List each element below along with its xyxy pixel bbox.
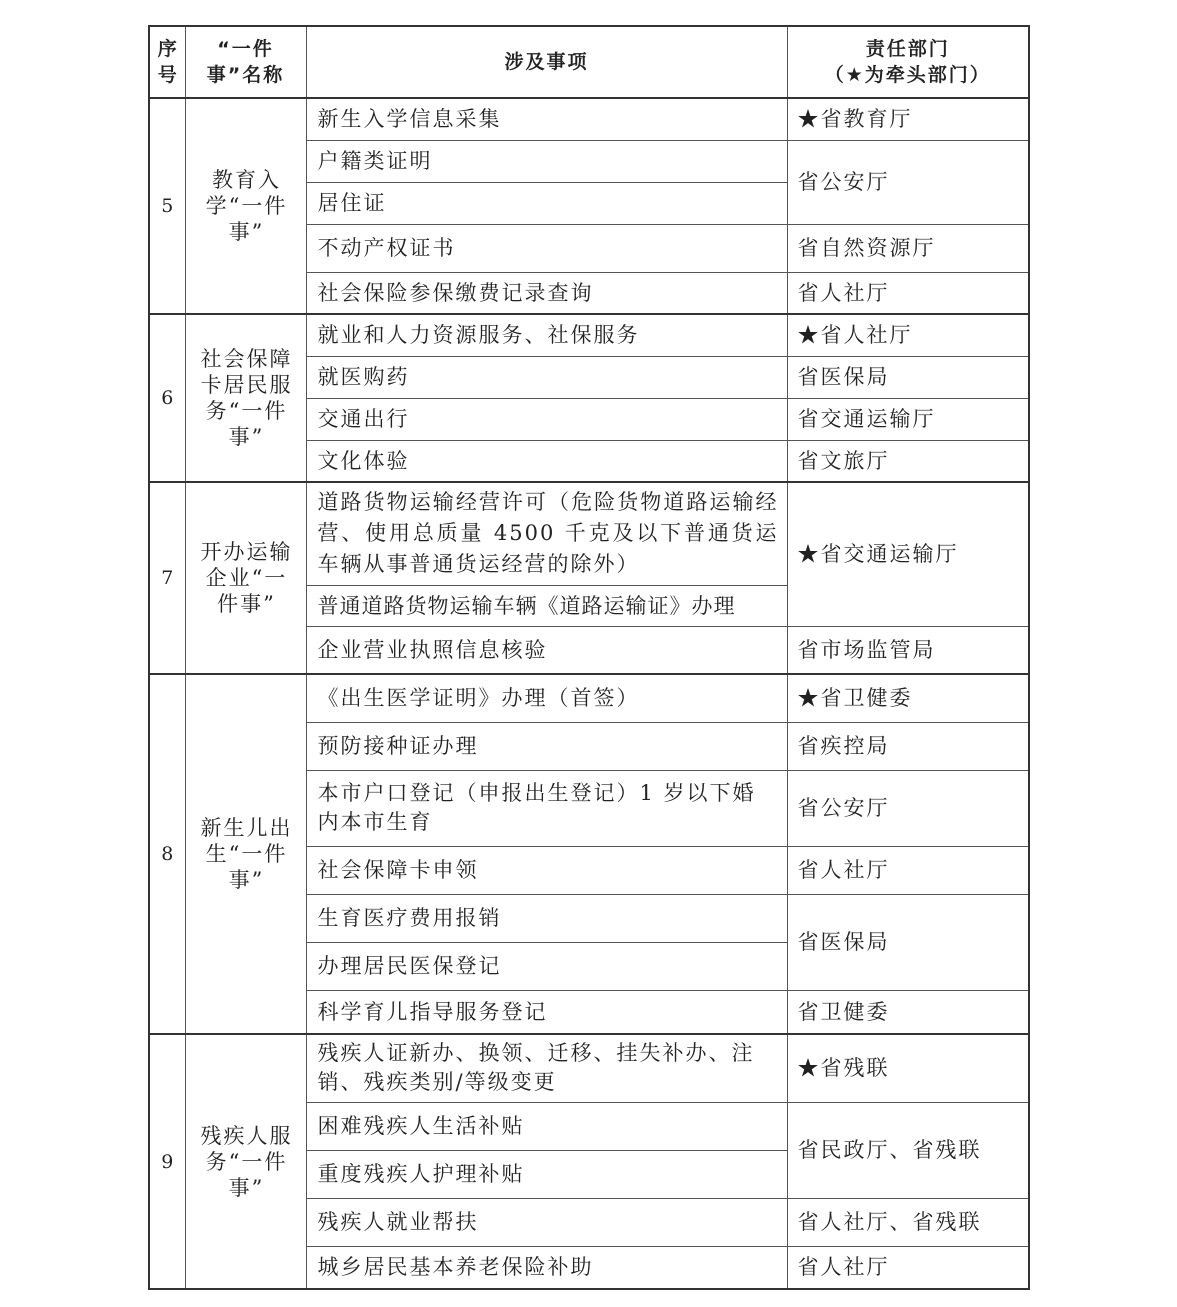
dept-cell: 省人社厅 <box>787 846 1029 894</box>
item-cell: 社会保障卡申领 <box>306 846 787 894</box>
table-row: 6 社会保障卡居民服务“一件事” 就业和人力资源服务、社保服务 ★省人社厅 <box>149 314 1029 356</box>
group-seq: 5 <box>149 98 185 314</box>
item-cell: 普通道路货物运输车辆《道路运输证》办理 <box>306 585 787 626</box>
header-dept-line2: （★为牵头部门） <box>788 62 1029 88</box>
item-cell: 交通出行 <box>306 398 787 440</box>
dept-cell: 省自然资源厅 <box>787 224 1029 272</box>
dept-cell: 省文旅厅 <box>787 440 1029 482</box>
dept-cell: 省疾控局 <box>787 722 1029 770</box>
table-row: 8 新生儿出生“一件事” 《出生医学证明》办理（首签） ★省卫健委 <box>149 674 1029 722</box>
item-cell: 本市户口登记（申报出生登记）1 岁以下婚内本市生育 <box>306 770 787 846</box>
item-cell: 困难残疾人生活补贴 <box>306 1102 787 1150</box>
group-name: 社会保障卡居民服务“一件事” <box>185 314 306 482</box>
item-cell: 新生入学信息采集 <box>306 98 787 140</box>
item-cell: 《出生医学证明》办理（首签） <box>306 674 787 722</box>
item-cell: 就医购药 <box>306 356 787 398</box>
table-row: 9 残疾人服务“一件事” 残疾人证新办、换领、迁移、挂失补办、注销、残疾类别/等… <box>149 1034 1029 1102</box>
group-name: 开办运输企业“一件事” <box>185 482 306 674</box>
header-row: 序号 “一件事”名称 涉及事项 责任部门 （★为牵头部门） <box>149 26 1029 98</box>
item-cell: 预防接种证办理 <box>306 722 787 770</box>
group-seq: 8 <box>149 674 185 1034</box>
dept-cell: 省公安厅 <box>787 140 1029 224</box>
item-cell: 户籍类证明 <box>306 140 787 182</box>
table-row: 7 开办运输企业“一件事” 道路货物运输经营许可（危险货物道路运输经营、使用总质… <box>149 482 1029 585</box>
header-dept-line1: 责任部门 <box>788 36 1029 62</box>
header-dept: 责任部门 （★为牵头部门） <box>787 26 1029 98</box>
dept-cell: ★省人社厅 <box>787 314 1029 356</box>
table-row: 5 教育入学“一件事” 新生入学信息采集 ★省教育厅 <box>149 98 1029 140</box>
header-items: 涉及事项 <box>306 26 787 98</box>
item-cell: 生育医疗费用报销 <box>306 894 787 942</box>
item-cell: 残疾人就业帮扶 <box>306 1198 787 1246</box>
dept-cell: 省人社厅 <box>787 1246 1029 1289</box>
group-seq: 6 <box>149 314 185 482</box>
item-cell: 就业和人力资源服务、社保服务 <box>306 314 787 356</box>
item-cell: 居住证 <box>306 182 787 224</box>
dept-cell: 省公安厅 <box>787 770 1029 846</box>
dept-cell: ★省交通运输厅 <box>787 482 1029 626</box>
item-cell: 企业营业执照信息核验 <box>306 626 787 674</box>
item-cell: 文化体验 <box>306 440 787 482</box>
group-name: 残疾人服务“一件事” <box>185 1034 306 1289</box>
item-cell: 重度残疾人护理补贴 <box>306 1150 787 1198</box>
dept-cell: 省人社厅、省残联 <box>787 1198 1029 1246</box>
responsibility-table: 序号 “一件事”名称 涉及事项 责任部门 （★为牵头部门） 5 教育入学“一件事… <box>148 25 1030 1290</box>
item-cell: 科学育儿指导服务登记 <box>306 990 787 1034</box>
item-cell: 不动产权证书 <box>306 224 787 272</box>
item-cell: 社会保险参保缴费记录查询 <box>306 272 787 314</box>
item-cell: 办理居民医保登记 <box>306 942 787 990</box>
dept-cell: 省交通运输厅 <box>787 398 1029 440</box>
dept-cell: 省人社厅 <box>787 272 1029 314</box>
dept-cell: 省卫健委 <box>787 990 1029 1034</box>
dept-cell: ★省教育厅 <box>787 98 1029 140</box>
dept-cell: 省民政厅、省残联 <box>787 1102 1029 1198</box>
group-name: 教育入学“一件事” <box>185 98 306 314</box>
dept-cell: 省市场监管局 <box>787 626 1029 674</box>
dept-cell: 省医保局 <box>787 356 1029 398</box>
item-cell: 残疾人证新办、换领、迁移、挂失补办、注销、残疾类别/等级变更 <box>306 1034 787 1102</box>
dept-cell: ★省卫健委 <box>787 674 1029 722</box>
group-seq: 7 <box>149 482 185 674</box>
dept-cell: ★省残联 <box>787 1034 1029 1102</box>
item-cell: 道路货物运输经营许可（危险货物道路运输经营、使用总质量 4500 千克及以下普通… <box>306 482 787 585</box>
item-cell: 城乡居民基本养老保险补助 <box>306 1246 787 1289</box>
dept-cell: 省医保局 <box>787 894 1029 990</box>
group-name: 新生儿出生“一件事” <box>185 674 306 1034</box>
header-seq: 序号 <box>149 26 185 98</box>
header-name: “一件事”名称 <box>185 26 306 98</box>
group-seq: 9 <box>149 1034 185 1289</box>
